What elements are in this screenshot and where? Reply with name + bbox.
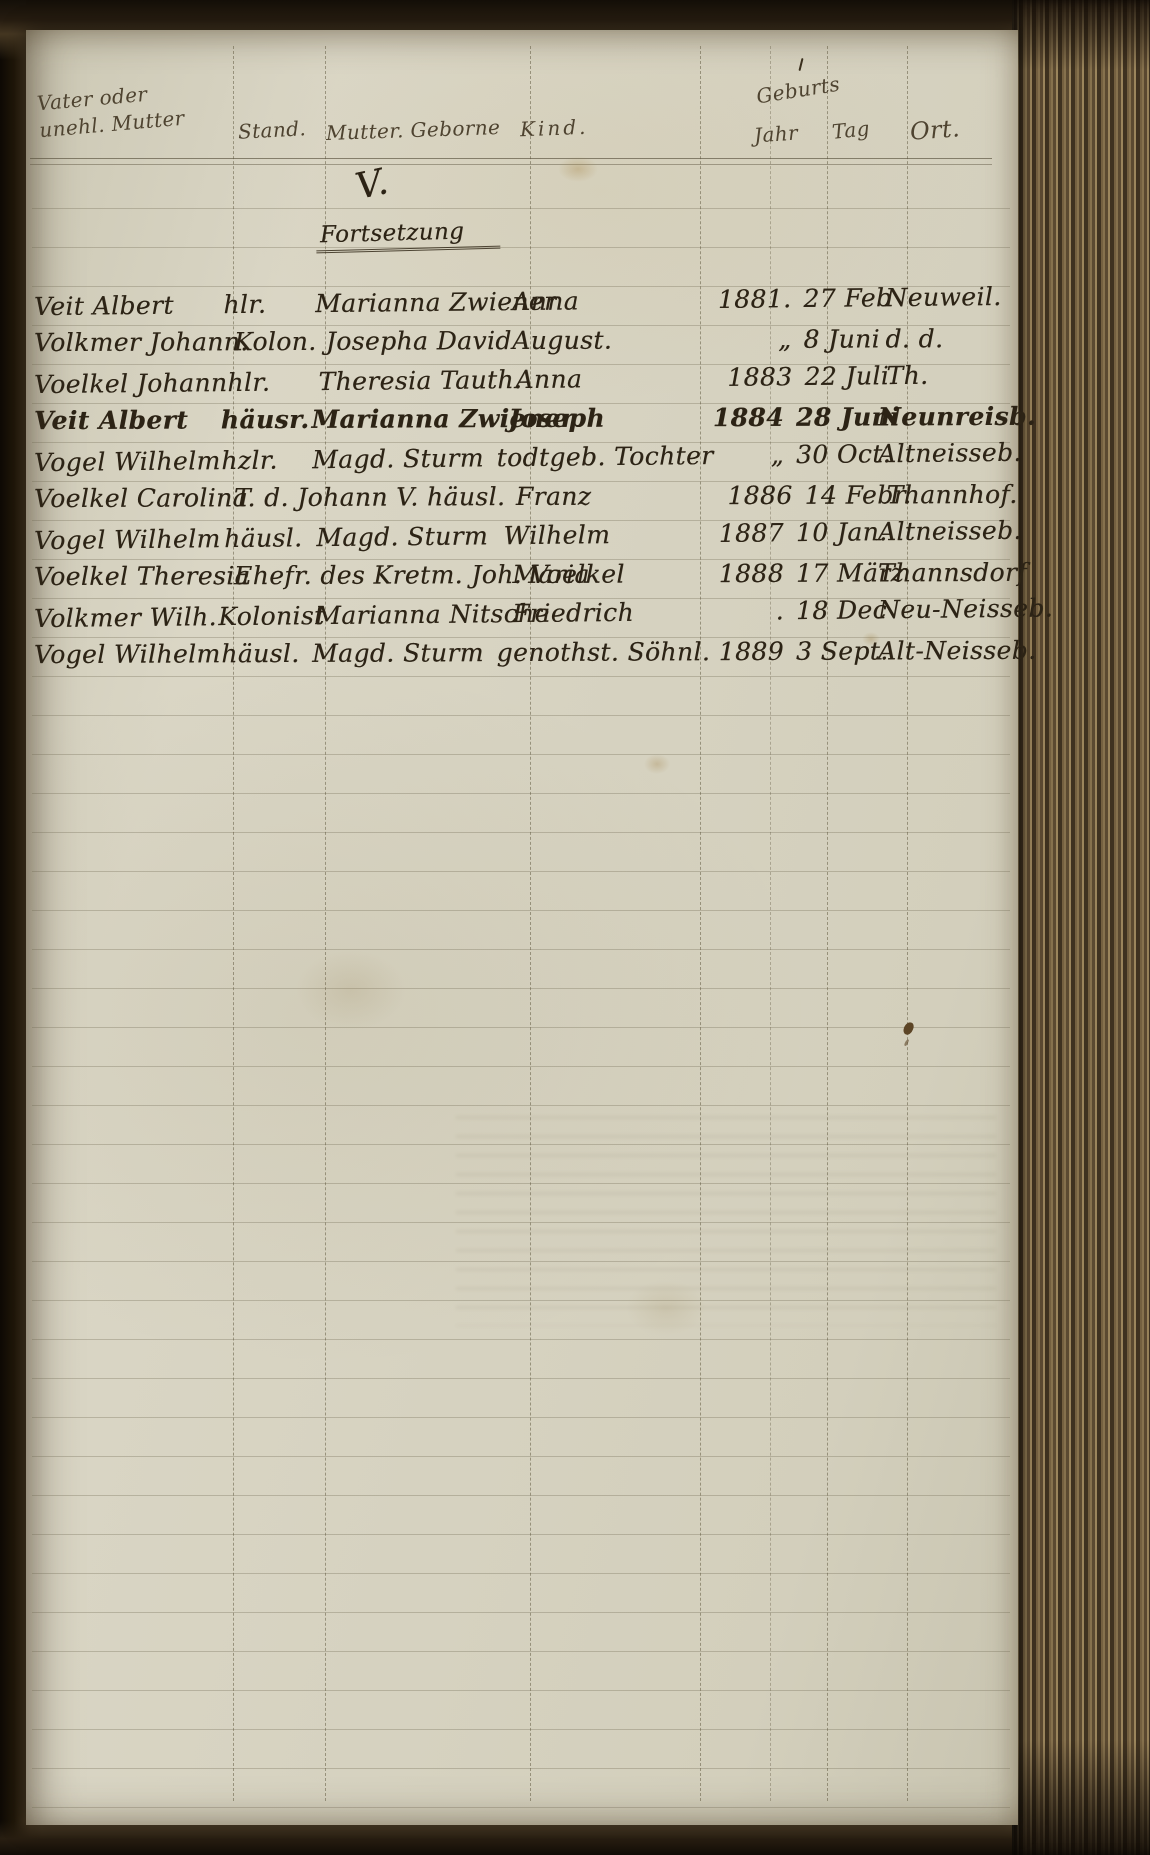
child-cell: Friedrich — [512, 592, 674, 633]
place-cell: Th. — [876, 355, 1018, 395]
child-cell: Anna — [512, 280, 678, 321]
child-cell: todtgeb. Tochter — [496, 436, 671, 477]
ink-bleed-through — [456, 1116, 996, 1326]
mother-cell: Marianna Zwiener — [311, 399, 508, 439]
birth-year-cell: 1886 — [680, 476, 799, 516]
column-header-birth: Geburts — [755, 72, 842, 109]
child-cell: Franz — [516, 476, 680, 516]
ink-speck — [902, 1021, 915, 1036]
column-header-parent: Vater oder unehl. Mutter — [36, 78, 186, 144]
child-cell: Joseph — [508, 398, 672, 438]
stand-cell: häusr. — [221, 400, 312, 439]
stand-cell: hzlr. — [221, 440, 312, 480]
parent-name-cell: Volkmer Johann. — [26, 322, 234, 362]
birth-day-cell: 22 Juli — [798, 356, 876, 396]
parent-name-cell: Veit Albert — [26, 285, 224, 326]
stray-pen-mark — [798, 58, 803, 71]
book-photo: Vater oder unehl. Mutter Stand. Mutter. … — [0, 0, 1150, 1855]
paper-stain — [644, 754, 670, 774]
mother-cell — [331, 555, 513, 595]
mother-cell: Magd. Sturm — [312, 438, 497, 479]
birth-day-cell: 17 März — [790, 553, 868, 592]
book-fore-edge — [1012, 0, 1150, 1855]
birth-year-cell: 1884 — [672, 398, 790, 438]
mother-cell: Josepha David — [326, 321, 513, 361]
birth-year-cell: 1889 — [672, 632, 791, 672]
mother-cell: Theresia Tauth. — [318, 360, 515, 401]
column-header-child: Kind. — [520, 115, 589, 141]
stand-cell: Kolonist — [218, 596, 315, 636]
register-row: Vogel Wilhelm häusl. Magd. Sturm genoths… — [26, 631, 1018, 674]
stand-cell: hlr. — [223, 284, 315, 324]
stand-cell: Kolon. — [234, 322, 326, 361]
child-cell: Maria — [512, 554, 673, 594]
header-divider-line — [30, 158, 992, 159]
parent-name-cell: Vogel Wilhelm — [26, 441, 222, 482]
birth-day-cell: 14 Febr. — [799, 475, 877, 514]
birth-day-cell: 30 Oct. — [790, 434, 868, 474]
birth-year-cell: . — [673, 591, 790, 631]
child-cell: August. — [512, 320, 678, 360]
stand-cell: häusl. — [221, 634, 312, 673]
birth-year-cell: 1881. — [678, 279, 798, 319]
paper-stain — [626, 1280, 706, 1336]
birth-year-cell: 1887 — [670, 513, 790, 553]
parent-name-cell: Vogel Wilhelm — [26, 634, 221, 674]
place-cell: Thannhof. — [877, 475, 1019, 515]
parent-name-cell: Veit Albert — [26, 400, 221, 440]
register-entries: Veit Albert hlr. Marianna Zwiener Anna 1… — [26, 282, 1018, 672]
mother-cell: Magd. Sturm — [316, 516, 504, 557]
parent-name-cell: Volkmer Wilh. — [26, 597, 219, 638]
header-divider-line — [30, 164, 992, 165]
child-cell: genothst. Söhnl. — [497, 632, 672, 672]
mother-cell: Marianna Zwiener — [315, 282, 512, 323]
birth-day-cell: 18 Dec — [790, 590, 868, 630]
parent-name-cell: Vogel Wilhelm — [26, 519, 225, 560]
birth-year-cell: 1888 — [673, 554, 790, 594]
stand-cell: Ehefr. des Kretm. Joh. Voelkel — [234, 556, 331, 595]
register-page: Vater oder unehl. Mutter Stand. Mutter. … — [26, 30, 1018, 1825]
column-header-place: Ort. — [909, 114, 961, 145]
parent-name-cell: Voelkel Johann — [26, 363, 228, 404]
birth-day-cell: 3 Sept. — [790, 631, 868, 670]
birth-day-cell: 27 Feb — [797, 278, 875, 318]
birth-day-cell: 10 Jan. — [790, 512, 868, 552]
birth-year-cell: „ — [671, 435, 790, 475]
birth-year-cell: „ — [678, 320, 798, 360]
column-header-mother: Mutter. Geborne — [326, 115, 501, 145]
parent-name-cell: Voelkel Carolina — [26, 478, 234, 518]
birth-year-cell: 1883 — [680, 357, 799, 397]
place-cell: Altneisseb. — [868, 433, 1018, 474]
mother-cell: Marianna Nitsche — [315, 594, 512, 635]
column-header-birth-year: Jahr — [753, 120, 799, 147]
stand-cell: hlr. — [227, 362, 318, 402]
birth-day-cell: 28 Juni — [790, 397, 868, 436]
place-cell: d. d. — [875, 319, 1018, 359]
child-cell: Wilhelm — [503, 514, 670, 555]
column-header-stand: Stand. — [237, 116, 306, 144]
place-cell: Neunreisb. — [868, 397, 1018, 437]
place-cell: Altneisseb. — [868, 511, 1018, 552]
place-cell: Alt-Neisseb. — [868, 631, 1018, 671]
section-letter: V. — [352, 161, 392, 208]
mother-cell: Magd. Sturm — [312, 633, 497, 673]
paper-stain — [296, 950, 406, 1030]
section-heading: Fortsetzung — [316, 218, 501, 254]
stand-cell: häusl. — [224, 518, 317, 558]
mother-cell — [331, 477, 516, 517]
place-cell: Thannsdorf — [868, 553, 1018, 593]
place-cell: Neu-Neisseb. — [868, 589, 1018, 630]
parent-name-cell: Voelkel Theresia — [26, 556, 234, 596]
stand-cell: T. d. Johann V. häusl. — [234, 478, 331, 517]
child-cell: Anna — [515, 358, 680, 399]
place-cell: Neuweil. — [875, 277, 1018, 317]
column-header-birth-day: Tag — [831, 116, 871, 144]
birth-day-cell: 8 Juni — [797, 319, 875, 358]
paper-stain — [558, 156, 598, 182]
